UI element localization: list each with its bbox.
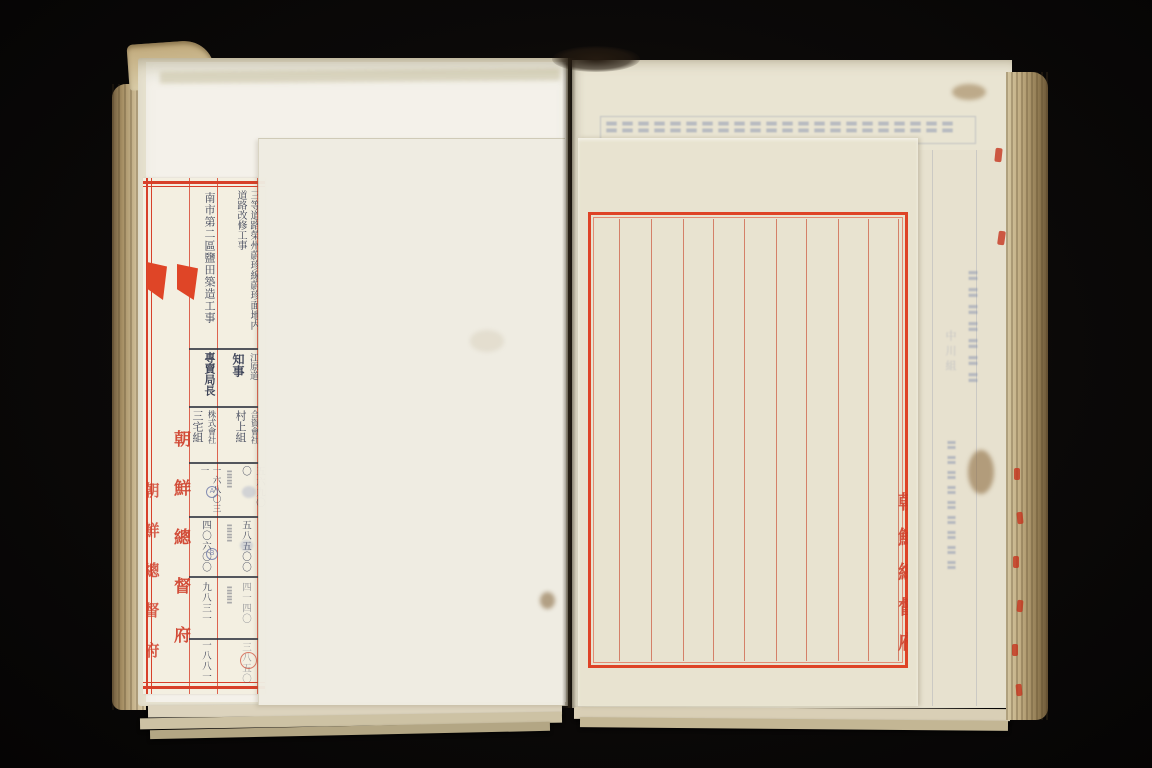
record2-contractor-cell: 株式會社 三宅組 xyxy=(190,410,217,460)
showthrough-rule xyxy=(932,150,933,706)
red-title-text: 朝鮮總督府 xyxy=(893,492,908,667)
red-edge-mark xyxy=(1016,512,1023,525)
form-red-border xyxy=(588,212,908,668)
red-rule xyxy=(143,686,265,689)
circled-annotation-b: B xyxy=(206,548,218,560)
record2-amount-4: 一八八一 xyxy=(198,640,212,684)
form-column-rule xyxy=(619,219,620,661)
gutter-top-shadow xyxy=(552,46,640,72)
cell-border xyxy=(189,406,259,408)
blank-cover-sheet xyxy=(258,138,565,705)
record1-client-cell: 江原道 知事 xyxy=(222,353,260,405)
record1-client-title: 知事 xyxy=(230,353,247,405)
showthrough-rule xyxy=(976,150,977,706)
red-edge-mark xyxy=(1015,684,1022,696)
blank-ruled-form-sheet xyxy=(578,138,918,706)
red-edge-mark xyxy=(1014,468,1020,480)
form-column-rule xyxy=(744,219,745,661)
photo-stage: 三等道路榮州蔚珍線蔚珍面地内 道路改修工事 江原道 知事 合資會社 村上組 五六… xyxy=(0,0,1152,768)
stain xyxy=(470,330,504,352)
record1-amount-3-note: 〓〓〓 xyxy=(224,586,233,626)
stain xyxy=(540,592,555,609)
form-column-rule xyxy=(868,219,869,661)
book-gutter xyxy=(562,58,576,708)
record1-amount-1-note: 〓〓〓 xyxy=(224,470,233,510)
form-column-rule xyxy=(683,219,684,661)
record2-amount-2: 四〇六〇〇 xyxy=(198,520,212,574)
circled-annotation-a: A xyxy=(206,486,218,498)
form-inner-border xyxy=(593,217,903,663)
red-edge-mark xyxy=(1016,600,1023,612)
red-edge-mark xyxy=(1013,556,1019,568)
record1-project-cell: 三等道路榮州蔚珍線蔚珍面地内 道路改修工事 xyxy=(220,190,260,344)
record2-client-cell: 專賣局長 xyxy=(193,352,217,406)
red-title-left: 朝鮮總督府 xyxy=(168,430,193,694)
record1-contractor-cell: 合資會社 村上組 xyxy=(222,410,260,460)
record2-amount-3: 九八三一 xyxy=(198,582,212,634)
record2-contractor-type: 株式會社 xyxy=(205,410,217,460)
blue-pencil-mark xyxy=(240,540,253,551)
showthrough-column: 〓〓〓〓〓〓〓〓〓 xyxy=(942,440,957,680)
stain xyxy=(968,450,994,494)
red-edge-mark xyxy=(994,148,1002,163)
red-rule xyxy=(217,178,218,694)
form-column-rule xyxy=(806,219,807,661)
cell-border xyxy=(189,462,259,464)
blue-pencil-mark xyxy=(242,486,256,498)
red-seal-stamp xyxy=(240,652,257,669)
red-rule xyxy=(143,181,265,184)
underlying-page-strip: 〓〓〓〓〓〓〓 中川組 〓〓〓〓〓〓〓〓〓 xyxy=(918,150,1006,706)
cell-border xyxy=(189,516,259,518)
form-column-rule xyxy=(713,219,714,661)
red-title-clipped-right-top: 朝鮮總督府 xyxy=(893,492,908,670)
red-rule xyxy=(143,186,265,187)
form-column-rule xyxy=(651,219,652,661)
showthrough-readable: 中川組 xyxy=(942,330,958,420)
cell-border xyxy=(189,348,259,350)
red-title-clipped-left: 朝鮮總督府 xyxy=(147,482,160,700)
red-edge-mark xyxy=(1012,644,1018,656)
cell-border xyxy=(189,576,259,578)
showthrough-column: 〓〓〓〓〓〓〓 xyxy=(964,270,980,470)
stain xyxy=(952,84,986,100)
form-column-rule xyxy=(838,219,839,661)
right-page-edge-stack xyxy=(1006,72,1048,720)
record1-amount-3: 四一四〇 xyxy=(238,582,252,634)
red-title-text: 朝鮮總督府 xyxy=(147,482,160,682)
form-column-rule xyxy=(776,219,777,661)
record1-project-line2: 道路改修工事 xyxy=(234,190,247,344)
record1-amount-2-note: 〓〓〓 xyxy=(224,524,233,564)
record1-contractor-name: 村上組 xyxy=(232,410,248,460)
